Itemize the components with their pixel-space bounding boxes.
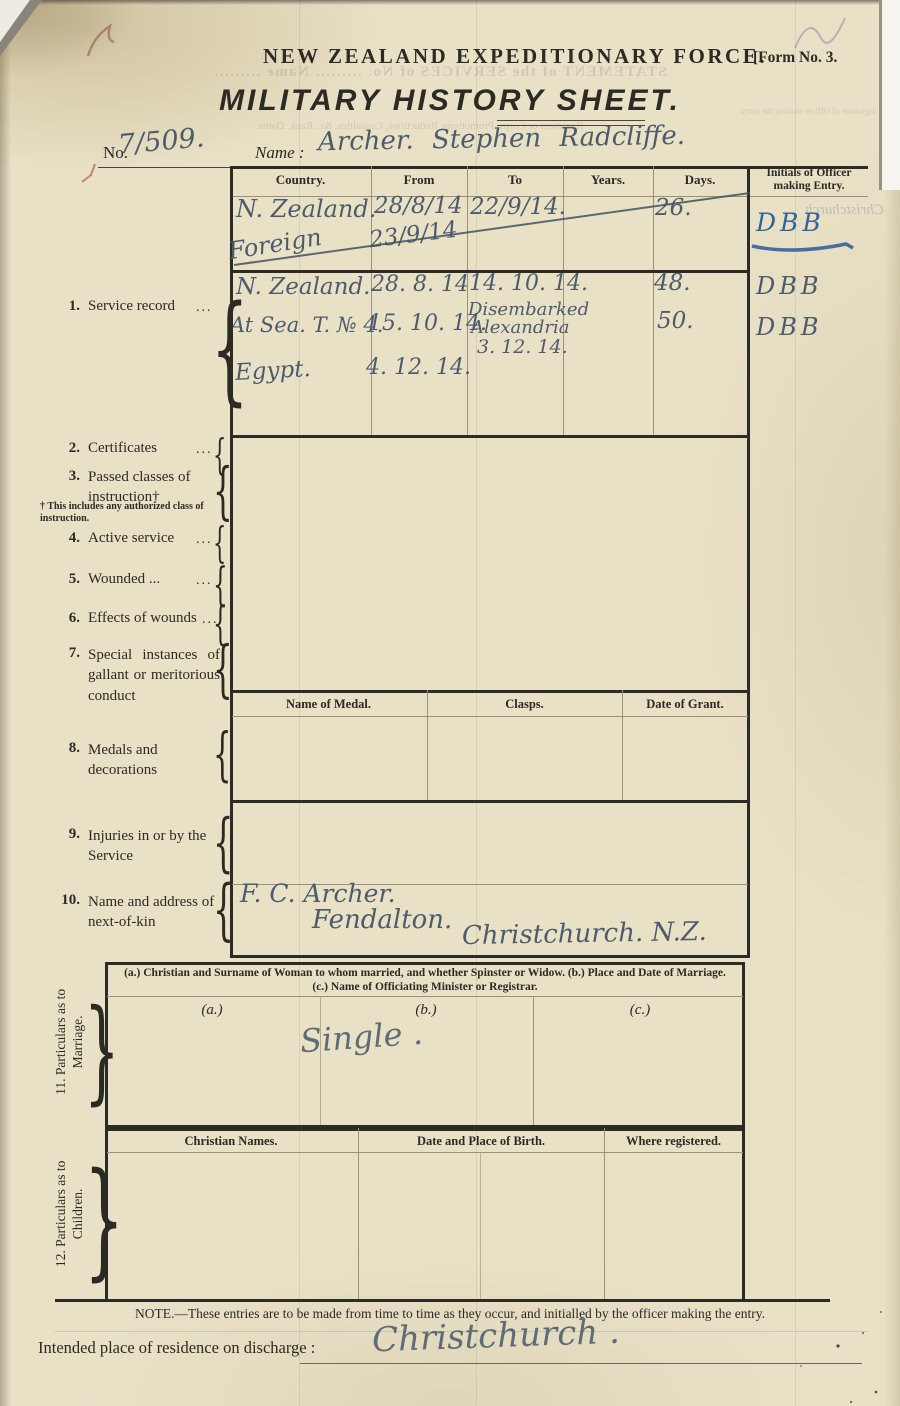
right-page-sliver: [879, 0, 900, 190]
residence-underline: [300, 1363, 862, 1364]
service-to-2b: Alexandria: [471, 317, 570, 338]
marriage-col-a: (a.): [152, 1002, 272, 1019]
marriage-col-c: (c.): [580, 1002, 700, 1019]
table-line: [107, 996, 743, 997]
initials-entry: DBB: [756, 272, 823, 300]
table-border-bottom: [55, 1299, 830, 1302]
marriage-header-2: (c.) Name of Officiating Minister or Reg…: [110, 981, 740, 993]
struck-from-1: 28/8/14: [374, 193, 463, 219]
service-to-2c: 3. 12. 14.: [477, 336, 568, 358]
next-of-kin-suburb: Fendalton.: [312, 905, 452, 935]
initials-entry: DBB: [756, 313, 823, 341]
name-value-handwritten: Archer. Stephen Radcliffe.: [318, 121, 685, 157]
service-days-2: 50.: [657, 308, 694, 334]
table-line: [604, 1128, 605, 1300]
table-border: [105, 1128, 745, 1131]
item-4-number: 4.: [44, 530, 80, 547]
service-from-3: 4. 12. 14.: [366, 355, 471, 380]
sheet-title: MILITARY HISTORY SHEET.: [150, 84, 750, 118]
top-edge-shadow: [0, 0, 900, 5]
item-10-brace: {: [213, 880, 234, 941]
table-line: [653, 166, 654, 435]
name-label: Name :: [255, 143, 305, 163]
struck-country-2: Foreign: [226, 223, 323, 265]
table-border: [747, 166, 750, 957]
next-of-kin-city: Christchurch. N.Z.: [462, 917, 707, 951]
item-7-brace: {: [213, 640, 233, 697]
item-10-label: Name and address of next-of-kin: [88, 892, 223, 933]
residence-value-handwritten: Christchurch .: [371, 1312, 620, 1361]
item-5-dots: ...: [196, 573, 213, 589]
org-title: NEW ZEALAND EXPEDITIONARY FORCE.: [230, 44, 800, 69]
col-header-country: Country.: [230, 172, 371, 188]
item-3-number: 3.: [44, 468, 80, 485]
medal-col-date: Date of Grant.: [622, 697, 748, 712]
item-8-label: Medals and decorations: [88, 740, 220, 781]
item-5-number: 5.: [44, 571, 80, 588]
item-9-brace: {: [213, 814, 233, 873]
item-8-brace: {: [213, 728, 231, 781]
item-1-brace: {: [211, 294, 249, 403]
residence-label: Intended place of residence on discharge…: [38, 1338, 315, 1358]
service-country-1: N. Zealand.: [236, 274, 371, 300]
marriage-value-handwritten: Single .: [299, 1014, 424, 1060]
table-line: [358, 1128, 359, 1300]
item-6-number: 6.: [44, 610, 80, 627]
form-number: [Form No. 3.: [753, 49, 837, 67]
col-header-days: Days.: [653, 172, 747, 188]
service-to-1: 14. 10. 14.: [469, 271, 588, 296]
col-header-years: Years.: [563, 172, 653, 188]
table-border: [230, 800, 750, 803]
table-border: [742, 962, 745, 1300]
children-side-label: 12. Particulars as to Children.: [53, 1136, 87, 1292]
marriage-header-1: (a.) Christian and Surname of Woman to w…: [110, 967, 740, 979]
col-header-to: To: [467, 172, 563, 188]
table-line: [232, 716, 748, 717]
table-line: [480, 1152, 481, 1300]
no-underline: [98, 167, 230, 168]
military-history-sheet-page: STATEMENT of the SERVICES of No. .......…: [0, 0, 900, 1406]
col-header-from: From: [371, 172, 467, 188]
service-days-1: 48.: [654, 270, 691, 296]
item-7-label: Special instances of gallant or meritori…: [88, 645, 220, 706]
item-2-number: 2.: [44, 440, 80, 457]
table-border: [230, 690, 750, 693]
table-border: [230, 955, 750, 958]
children-col-names: Christian Names.: [125, 1134, 337, 1149]
item-10-number: 10.: [44, 892, 80, 909]
item-9-number: 9.: [44, 826, 80, 843]
children-col-registered: Where registered.: [606, 1134, 741, 1149]
table-border: [230, 435, 750, 438]
struck-country-1: N. Zealand.: [236, 195, 376, 223]
medal-col-clasps: Clasps.: [427, 697, 622, 712]
col-header-initials: Initials of Officer making Entry.: [750, 167, 868, 193]
item-1-number: 1.: [44, 298, 80, 315]
service-from-1: 28. 8. 14: [371, 272, 469, 297]
bleedthrough-text: Signature of Officer making the entry.: [738, 106, 878, 117]
no-value-handwritten: 7/509.: [117, 122, 206, 160]
next-of-kin-name: F. C. Archer.: [240, 879, 396, 908]
struck-from-2: 23/9/14: [368, 217, 459, 254]
table-line: [107, 1152, 743, 1153]
struck-days-1: 26.: [655, 195, 692, 221]
marriage-side-label: 11. Particulars as to Marriage.: [53, 964, 87, 1120]
service-country-2: At Sea. T. № 4.: [230, 313, 383, 337]
marriage-side-brace: }: [84, 1000, 120, 1103]
table-border: [105, 962, 745, 965]
item-8-number: 8.: [44, 740, 80, 757]
initials-entry: DBB: [756, 208, 825, 237]
table-line: [533, 996, 534, 1125]
item-3-footnote: † This includes any authorized class of …: [40, 501, 226, 525]
medal-col-name: Name of Medal.: [230, 697, 427, 712]
struck-to-1: 22/9/14.: [470, 194, 566, 220]
table-line: [320, 996, 321, 1125]
item-3-brace: {: [213, 462, 233, 519]
children-col-birth: Date and Place of Birth.: [370, 1134, 592, 1149]
item-7-number: 7.: [44, 645, 80, 662]
item-9-label: Injuries in or by the Service: [88, 826, 223, 867]
children-side-brace: }: [84, 1162, 124, 1278]
item-4-dots: ...: [196, 532, 213, 548]
item-2-dots: ...: [196, 442, 213, 458]
